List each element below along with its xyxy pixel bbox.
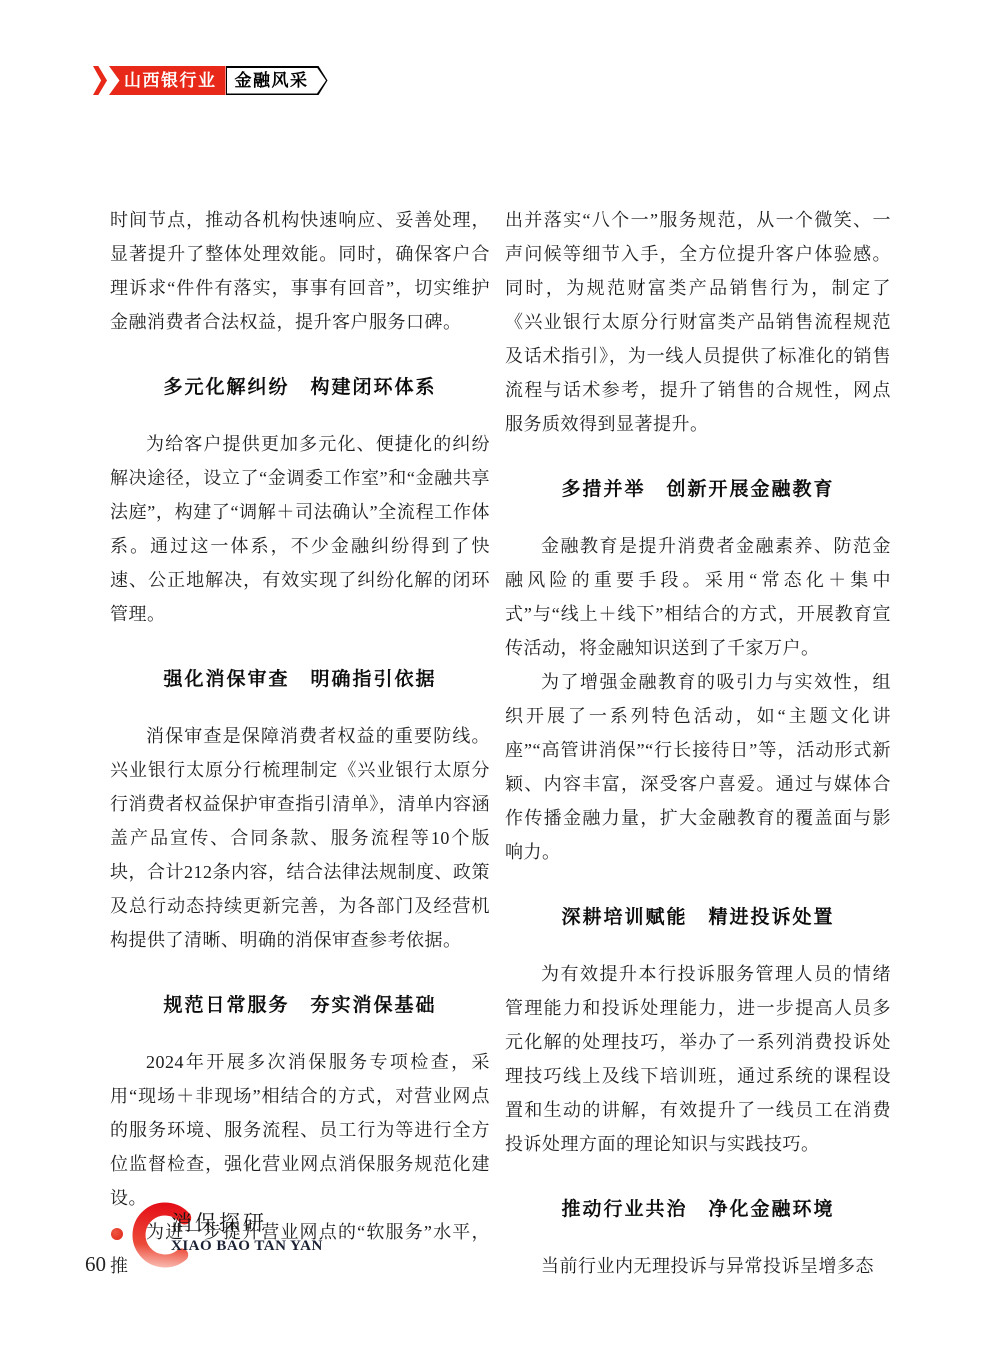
ribbon-chevron-icon bbox=[93, 66, 107, 95]
article-column-right: 出并落实“八个一”服务规范，从一个微笑、一声问候等细节入手，全方位提升客户体验感… bbox=[505, 203, 891, 1283]
body-paragraph: 出并落实“八个一”服务规范，从一个微笑、一声问候等细节入手，全方位提升客户体验感… bbox=[505, 203, 891, 441]
body-paragraph: 时间节点，推动各机构快速响应、妥善处理，显著提升了整体处理效能。同时，确保客户合… bbox=[110, 203, 490, 339]
article-column-left: 时间节点，推动各机构快速响应、妥善处理，显著提升了整体处理效能。同时，确保客户合… bbox=[110, 203, 490, 1283]
body-paragraph: 当前行业内无理投诉与异常投诉呈增多态 bbox=[505, 1249, 891, 1283]
body-paragraph: 为给客户提供更加多元化、便捷化的纠纷解决途径，设立了“金调委工作室”和“金融共享… bbox=[110, 427, 490, 631]
body-paragraph: 消保审查是保障消费者权益的重要防线。兴业银行太原分行梳理制定《兴业银行太原分行消… bbox=[110, 719, 490, 957]
masthead-title-label: 金融风采 bbox=[226, 66, 328, 95]
body-paragraph: 金融教育是提升消费者金融素养、防范金融风险的重要手段。采用“常态化＋集中式”与“… bbox=[505, 529, 891, 665]
masthead-badge: 山西银行业 金融风采 bbox=[93, 66, 328, 95]
masthead-series-label: 山西银行业 bbox=[109, 66, 226, 95]
page-number: 60 bbox=[85, 1252, 106, 1277]
footer-logo-title: 消保探研 bbox=[171, 1211, 267, 1235]
section-heading: 强化消保审查 明确指引依据 bbox=[110, 667, 490, 693]
body-paragraph: 为有效提升本行投诉服务管理人员的情绪管理能力和投诉处理能力，进一步提高人员多元化… bbox=[505, 957, 891, 1161]
masthead-title-box: 金融风采 bbox=[226, 66, 328, 95]
section-heading: 深耕培训赋能 精进投诉处置 bbox=[505, 905, 891, 931]
logo-dot-icon bbox=[111, 1228, 123, 1240]
section-heading: 规范日常服务 夯实消保基础 bbox=[110, 993, 490, 1019]
magazine-page: 山西银行业 金融风采 时间节点，推动各机构快速响应、妥善处理，显著提升了整体处理… bbox=[0, 0, 992, 1346]
section-heading: 多元化解纠纷 构建闭环体系 bbox=[110, 375, 490, 401]
footer-logo-subtitle: XIAO BAO TAN YAN bbox=[171, 1237, 323, 1255]
body-paragraph: 为了增强金融教育的吸引力与实效性，组织开展了一系列特色活动，如“主题文化讲座”“… bbox=[505, 665, 891, 869]
section-heading: 推动行业共治 净化金融环境 bbox=[505, 1197, 891, 1223]
body-paragraph: 2024年开展多次消保服务专项检查，采用“现场＋非现场”相结合的方式，对营业网点… bbox=[110, 1045, 490, 1215]
section-heading: 多措并举 创新开展金融教育 bbox=[505, 477, 891, 503]
